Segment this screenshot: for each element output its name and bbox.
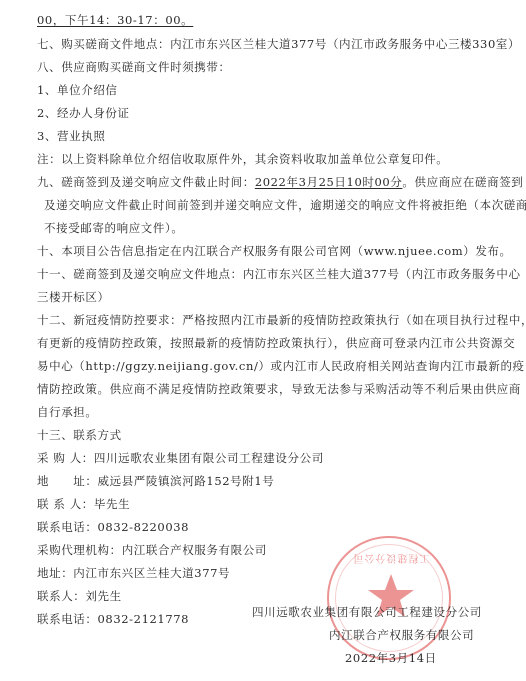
seal-text: 工程建设分公司: [349, 552, 433, 567]
section-10-website: 十、本项目公告信息指定在内江联合产权服务有限公司官网（www.njuee.com…: [37, 244, 512, 258]
signature-date: 2022年3月14日: [345, 651, 437, 665]
section-12-cont-2: 易中心（http://ggzy.neijiang.gov.cn/）或内江市人民政…: [37, 359, 525, 373]
purchaser-address: 地 址：威远县严陵镇滨河路152号附1号: [37, 474, 274, 488]
purchaser-phone: 联系电话：0832-8220038: [37, 520, 189, 534]
section-8-heading: 八、供应商购买磋商文件时须携带：: [37, 60, 231, 74]
section-13-heading: 十三、联系方式: [37, 428, 122, 442]
required-item-3: 3、营业执照: [37, 129, 105, 143]
note-copies: 注：以上资料除单位介绍信收取原件外，其余资料收取加盖单位公章复印件。: [37, 152, 448, 166]
agency-contact: 联系人：刘先生: [37, 589, 122, 603]
section-12-cont-4: 自行承担。: [37, 405, 98, 419]
purchaser-contact: 联 系 人：毕先生: [37, 497, 130, 511]
purchaser: 采 购 人：四川远歌农业集团有限公司工程建设分公司: [37, 451, 324, 465]
deadline-date: 2022年3月25日10时00分: [255, 175, 403, 189]
deadline-suffix: 。供应商应在磋商签到: [402, 175, 523, 189]
document-page: 00，下午14：30-17：00。 七、购买磋商文件地点：内江市东兴区兰桂大道3…: [0, 0, 526, 681]
section-12-covid: 十二、新冠疫情防控要求：严格按照内江市最新的疫情防控政策执行（如在项目执行过程中…: [37, 313, 526, 327]
agency-phone: 联系电话：0832-2121778: [37, 612, 189, 626]
agency-address: 地址：内江市东兴区兰桂大道377号: [37, 566, 230, 580]
section-12-cont-3: 情防控政策。供应商不满足疫情防控政策要求，导致无法参与采购活动等不利后果由供应商: [37, 382, 521, 396]
section-11-location: 十一、磋商签到及递交响应文件地点：内江市东兴区兰桂大道377号（内江市政务服务中…: [37, 267, 521, 281]
section-9-cont-2: 不接受邮寄的响应文件）。: [44, 221, 183, 235]
signature-purchaser: 四川远歌农业集团有限公司工程建设分公司: [252, 605, 482, 619]
deadline-label: 九、磋商签到及递交响应文件截止时间：: [37, 175, 255, 189]
agency: 采购代理机构：内江联合产权服务有限公司: [37, 543, 267, 557]
signature-agency: 内江联合产权服务有限公司: [329, 628, 474, 642]
section-12-cont-1: 有更新的疫情防控政策，按照最新的疫情防控政策执行），供应商可登录内江市公共资源交: [37, 336, 515, 350]
required-item-2: 2、经办人身份证: [37, 106, 130, 120]
section-9-deadline: 九、磋商签到及递交响应文件截止时间：2022年3月25日10时00分。供应商应在…: [37, 175, 523, 189]
time-continuation: 00，下午14：30-17：00。: [37, 13, 193, 27]
section-11-cont: 三楼开标区）: [37, 290, 110, 304]
section-9-cont-1: 及递交响应文件截止时间前签到并递交响应文件，逾期递交的响应文件将被拒绝（本次磋商: [44, 198, 526, 212]
required-item-1: 1、单位介绍信: [37, 83, 118, 97]
section-7-purchase-location: 七、购买磋商文件地点：内江市东兴区兰桂大道377号（内江市政务服务中心三楼330…: [37, 37, 520, 51]
